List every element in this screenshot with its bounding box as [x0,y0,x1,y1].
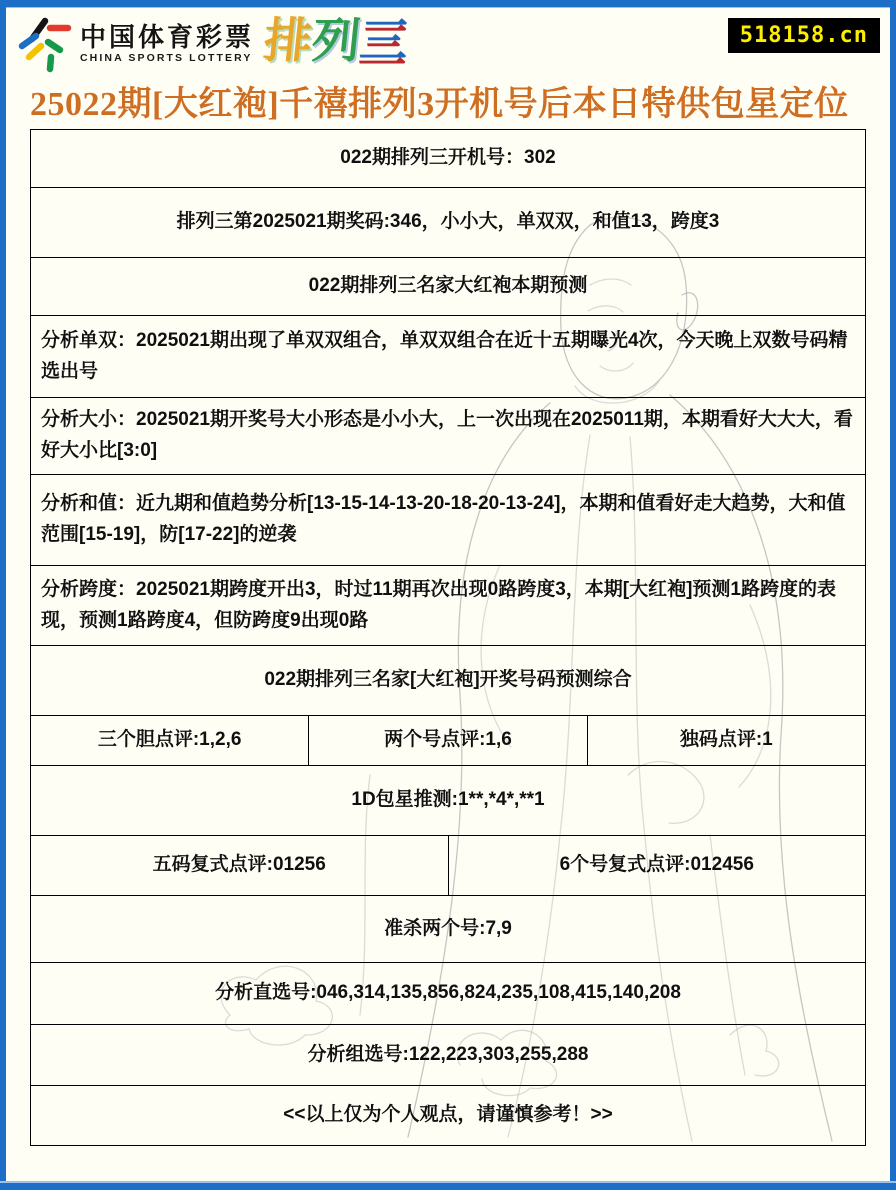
row-analysis-sum: 分析和值：近九期和值趋势分析[13-15-14-13-20-18-20-13-2… [31,474,865,565]
product-char-lie: 列 [310,18,363,66]
page-title: 25022期[大红袍]千禧排列3开机号后本日特供包星定位 [30,76,866,125]
header: 中国体育彩票 CHINA SPORTS LOTTERY 排 列 三 518158… [14,13,882,75]
site-badge: 518158.cn [728,18,880,53]
frame-left-bar [0,0,6,1190]
row-analysis-size: 分析大小：2025021期开奖号大小形态是小小大，上一次出现在2025011期，… [31,397,865,474]
row-disclaimer: <<以上仅为个人观点，请谨慎参考！>> [31,1085,865,1145]
row-fushi-comments: 五码复式点评:01256 6个号复式点评:012456 [31,835,865,895]
lottery-bulletin-page: 中国体育彩票 CHINA SPORTS LOTTERY 排 列 三 518158… [0,0,896,1190]
prediction-table: 022期排列三开机号：302 排列三第2025021期奖码:346，小小大，单双… [30,129,866,1146]
row-analysis-span: 分析跨度：2025021期跨度开出3，时过11期再次出现0路跨度3，本期[大红袍… [31,565,865,645]
brand-name-cn: 中国体育彩票 [80,24,254,51]
row-open-number: 022期排列三开机号：302 [31,130,865,187]
frame-right-bar [890,0,896,1190]
cell-two-numbers: 两个号点评:1,6 [308,716,586,765]
row-previous-result: 排列三第2025021期奖码:346，小小大，单双双，和值13，跨度3 [31,187,865,257]
row-kill-two-numbers: 准杀两个号:7,9 [31,895,865,962]
frame-top-bar [0,0,896,7]
product-char-pai: 排 [261,18,314,66]
row-summary-title: 022期排列三名家[大红袍]开奖号码预测综合 [31,645,865,715]
sports-lottery-logo-icon [14,15,72,73]
row-zhixuan-numbers: 分析直选号:046,314,135,856,824,235,108,415,14… [31,962,865,1024]
product-wordmark: 排 列 三 [261,18,410,66]
cell-six-code-fushi: 6个号复式点评:012456 [448,836,866,895]
brand-name-en: CHINA SPORTS LOTTERY [80,53,254,64]
row-1d-baoxing: 1D包星推测:1**,*4*,**1 [31,765,865,835]
brand-text-block: 中国体育彩票 CHINA SPORTS LOTTERY [80,24,254,64]
cell-single-code: 独码点评:1 [587,716,865,765]
row-dan-comments: 三个胆点评:1,2,6 两个号点评:1,6 独码点评:1 [31,715,865,765]
cell-three-dan: 三个胆点评:1,2,6 [31,716,308,765]
row-zuxuan-numbers: 分析组选号:122,223,303,255,288 [31,1024,865,1085]
frame-bottom-bar [0,1183,896,1190]
cell-five-code-fushi: 五码复式点评:01256 [31,836,448,895]
product-char-san: 三 [358,18,411,66]
row-analysis-odd-even: 分析单双：2025021期出现了单双双组合，单双双组合在近十五期曝光4次，今天晚… [31,315,865,397]
row-forecast-title: 022期排列三名家大红袍本期预测 [31,257,865,315]
